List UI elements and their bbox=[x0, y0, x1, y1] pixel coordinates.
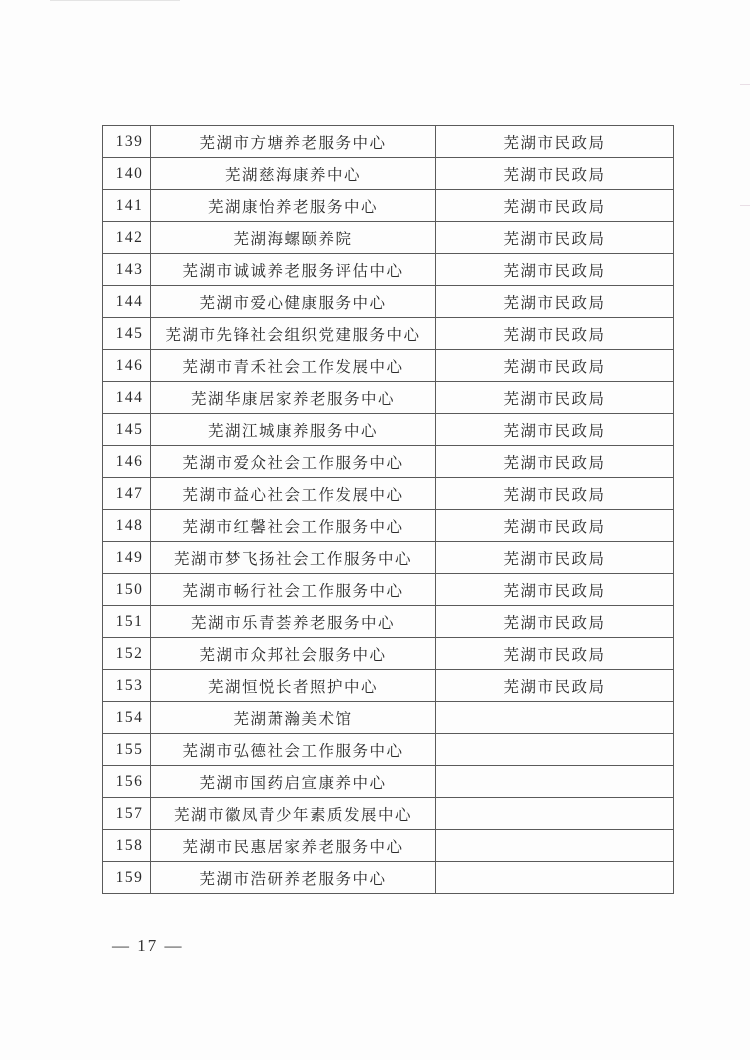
table-row: 140芜湖慈海康养中心芜湖市民政局 bbox=[103, 158, 674, 190]
organization-name-cell: 芜湖市民惠居家养老服务中心 bbox=[151, 830, 436, 862]
row-number-cell: 153 bbox=[103, 670, 151, 702]
supervising-department-cell: 芜湖市民政局 bbox=[436, 126, 674, 158]
supervising-department-cell: 芜湖市民政局 bbox=[436, 350, 674, 382]
scan-edge-mark bbox=[740, 205, 750, 206]
organization-name-cell: 芜湖市众邦社会服务中心 bbox=[151, 638, 436, 670]
row-number-cell: 140 bbox=[103, 158, 151, 190]
supervising-department-cell: 芜湖市民政局 bbox=[436, 510, 674, 542]
row-number-cell: 148 bbox=[103, 510, 151, 542]
row-number-cell: 145 bbox=[103, 414, 151, 446]
row-number-cell: 142 bbox=[103, 222, 151, 254]
organization-name-cell: 芜湖市益心社会工作发展中心 bbox=[151, 478, 436, 510]
row-number-cell: 150 bbox=[103, 574, 151, 606]
supervising-department-cell: 芜湖市民政局 bbox=[436, 414, 674, 446]
supervising-department-cell bbox=[436, 798, 674, 830]
supervising-department-cell: 芜湖市民政局 bbox=[436, 254, 674, 286]
table-row: 147芜湖市益心社会工作发展中心芜湖市民政局 bbox=[103, 478, 674, 510]
scan-artifact-line bbox=[50, 0, 180, 1]
organization-name-cell: 芜湖市先锋社会组织党建服务中心 bbox=[151, 318, 436, 350]
organization-name-cell: 芜湖市梦飞扬社会工作服务中心 bbox=[151, 542, 436, 574]
supervising-department-cell bbox=[436, 766, 674, 798]
table-row: 148芜湖市红馨社会工作服务中心芜湖市民政局 bbox=[103, 510, 674, 542]
page-number: — 17 — bbox=[112, 936, 184, 956]
organization-name-cell: 芜湖华康居家养老服务中心 bbox=[151, 382, 436, 414]
organization-name-cell: 芜湖市红馨社会工作服务中心 bbox=[151, 510, 436, 542]
table-row: 159芜湖市浩研养老服务中心 bbox=[103, 862, 674, 894]
organization-table: 139芜湖市方塘养老服务中心芜湖市民政局140芜湖慈海康养中心芜湖市民政局141… bbox=[102, 125, 674, 894]
supervising-department-cell: 芜湖市民政局 bbox=[436, 158, 674, 190]
supervising-department-cell: 芜湖市民政局 bbox=[436, 286, 674, 318]
organization-name-cell: 芜湖市方塘养老服务中心 bbox=[151, 126, 436, 158]
organization-name-cell: 芜湖市畅行社会工作服务中心 bbox=[151, 574, 436, 606]
row-number-cell: 154 bbox=[103, 702, 151, 734]
table-row: 151芜湖市乐青荟养老服务中心芜湖市民政局 bbox=[103, 606, 674, 638]
row-number-cell: 151 bbox=[103, 606, 151, 638]
row-number-cell: 159 bbox=[103, 862, 151, 894]
organization-name-cell: 芜湖萧瀚美术馆 bbox=[151, 702, 436, 734]
table-row: 146芜湖市爱众社会工作服务中心芜湖市民政局 bbox=[103, 446, 674, 478]
row-number-cell: 145 bbox=[103, 318, 151, 350]
table-row: 142芜湖海螺颐养院芜湖市民政局 bbox=[103, 222, 674, 254]
supervising-department-cell bbox=[436, 702, 674, 734]
row-number-cell: 152 bbox=[103, 638, 151, 670]
supervising-department-cell: 芜湖市民政局 bbox=[436, 382, 674, 414]
scan-edge-mark bbox=[740, 84, 750, 85]
table-row: 158芜湖市民惠居家养老服务中心 bbox=[103, 830, 674, 862]
organization-name-cell: 芜湖市爱众社会工作服务中心 bbox=[151, 446, 436, 478]
table-row: 145芜湖江城康养服务中心芜湖市民政局 bbox=[103, 414, 674, 446]
organization-name-cell: 芜湖市弘德社会工作服务中心 bbox=[151, 734, 436, 766]
supervising-department-cell: 芜湖市民政局 bbox=[436, 606, 674, 638]
table-row: 157芜湖市徽凤青少年素质发展中心 bbox=[103, 798, 674, 830]
row-number-cell: 146 bbox=[103, 446, 151, 478]
table-row: 153芜湖恒悦长者照护中心芜湖市民政局 bbox=[103, 670, 674, 702]
organization-name-cell: 芜湖市徽凤青少年素质发展中心 bbox=[151, 798, 436, 830]
table-body: 139芜湖市方塘养老服务中心芜湖市民政局140芜湖慈海康养中心芜湖市民政局141… bbox=[103, 126, 674, 894]
supervising-department-cell bbox=[436, 830, 674, 862]
organization-name-cell: 芜湖恒悦长者照护中心 bbox=[151, 670, 436, 702]
table-row: 146芜湖市青禾社会工作发展中心芜湖市民政局 bbox=[103, 350, 674, 382]
organization-name-cell: 芜湖海螺颐养院 bbox=[151, 222, 436, 254]
table-row: 144芜湖市爱心健康服务中心芜湖市民政局 bbox=[103, 286, 674, 318]
organization-name-cell: 芜湖慈海康养中心 bbox=[151, 158, 436, 190]
organization-name-cell: 芜湖江城康养服务中心 bbox=[151, 414, 436, 446]
supervising-department-cell: 芜湖市民政局 bbox=[436, 542, 674, 574]
table-row: 155芜湖市弘德社会工作服务中心 bbox=[103, 734, 674, 766]
row-number-cell: 144 bbox=[103, 286, 151, 318]
row-number-cell: 146 bbox=[103, 350, 151, 382]
row-number-cell: 149 bbox=[103, 542, 151, 574]
supervising-department-cell: 芜湖市民政局 bbox=[436, 574, 674, 606]
organization-name-cell: 芜湖康怡养老服务中心 bbox=[151, 190, 436, 222]
supervising-department-cell: 芜湖市民政局 bbox=[436, 190, 674, 222]
table-row: 156芜湖市国药启宣康养中心 bbox=[103, 766, 674, 798]
organization-name-cell: 芜湖市乐青荟养老服务中心 bbox=[151, 606, 436, 638]
row-number-cell: 147 bbox=[103, 478, 151, 510]
supervising-department-cell: 芜湖市民政局 bbox=[436, 638, 674, 670]
row-number-cell: 144 bbox=[103, 382, 151, 414]
table-row: 143芜湖市诚诚养老服务评估中心芜湖市民政局 bbox=[103, 254, 674, 286]
row-number-cell: 143 bbox=[103, 254, 151, 286]
row-number-cell: 156 bbox=[103, 766, 151, 798]
supervising-department-cell bbox=[436, 734, 674, 766]
table-row: 144芜湖华康居家养老服务中心芜湖市民政局 bbox=[103, 382, 674, 414]
table-row: 139芜湖市方塘养老服务中心芜湖市民政局 bbox=[103, 126, 674, 158]
row-number-cell: 158 bbox=[103, 830, 151, 862]
table-row: 154芜湖萧瀚美术馆 bbox=[103, 702, 674, 734]
document-page: 139芜湖市方塘养老服务中心芜湖市民政局140芜湖慈海康养中心芜湖市民政局141… bbox=[0, 0, 750, 1060]
supervising-department-cell: 芜湖市民政局 bbox=[436, 222, 674, 254]
supervising-department-cell: 芜湖市民政局 bbox=[436, 478, 674, 510]
row-number-cell: 141 bbox=[103, 190, 151, 222]
table-row: 141芜湖康怡养老服务中心芜湖市民政局 bbox=[103, 190, 674, 222]
supervising-department-cell: 芜湖市民政局 bbox=[436, 670, 674, 702]
row-number-cell: 139 bbox=[103, 126, 151, 158]
organization-name-cell: 芜湖市青禾社会工作发展中心 bbox=[151, 350, 436, 382]
organization-name-cell: 芜湖市国药启宣康养中心 bbox=[151, 766, 436, 798]
row-number-cell: 155 bbox=[103, 734, 151, 766]
table-row: 145芜湖市先锋社会组织党建服务中心芜湖市民政局 bbox=[103, 318, 674, 350]
organization-name-cell: 芜湖市诚诚养老服务评估中心 bbox=[151, 254, 436, 286]
supervising-department-cell: 芜湖市民政局 bbox=[436, 318, 674, 350]
table-row: 149芜湖市梦飞扬社会工作服务中心芜湖市民政局 bbox=[103, 542, 674, 574]
supervising-department-cell bbox=[436, 862, 674, 894]
table-row: 150芜湖市畅行社会工作服务中心芜湖市民政局 bbox=[103, 574, 674, 606]
row-number-cell: 157 bbox=[103, 798, 151, 830]
table-row: 152芜湖市众邦社会服务中心芜湖市民政局 bbox=[103, 638, 674, 670]
organization-name-cell: 芜湖市爱心健康服务中心 bbox=[151, 286, 436, 318]
organization-name-cell: 芜湖市浩研养老服务中心 bbox=[151, 862, 436, 894]
supervising-department-cell: 芜湖市民政局 bbox=[436, 446, 674, 478]
